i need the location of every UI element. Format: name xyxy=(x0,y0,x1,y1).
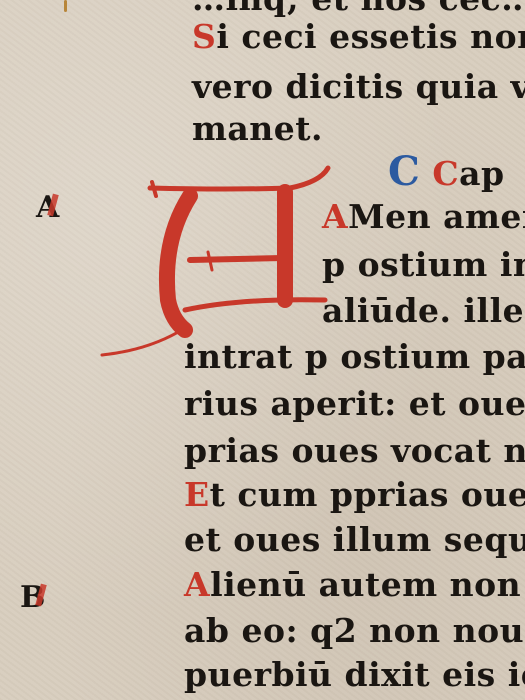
text-line-13: ab eo: q2 non nouer xyxy=(184,614,525,647)
binding-thread xyxy=(64,0,67,12)
rubricated-capital: E xyxy=(184,475,210,514)
text-line-12: Alienū autem non xyxy=(184,568,521,601)
rubricated-capital: S xyxy=(192,17,216,56)
text-line-8: rius aperit: et oues xyxy=(184,387,525,420)
text-line-11: et oues illum sequi xyxy=(184,523,525,556)
text-line-4-rest: Men amen xyxy=(348,197,525,236)
manuscript-page: …inq; et nos cec… Si ceci essetis non ve… xyxy=(0,0,525,700)
text-line-10: Et cum pprias oues xyxy=(184,478,525,511)
rubricated-capital: A xyxy=(184,565,210,604)
text-line-9: prias oues vocat n xyxy=(184,434,525,467)
text-line-1: Si ceci essetis non xyxy=(192,20,525,53)
illuminated-initial-a-icon xyxy=(90,160,340,360)
text-line-6: aliūde. ille xyxy=(322,294,524,327)
text-line-14: puerbiū dixit eis ies xyxy=(184,658,525,691)
margin-letter-a: A xyxy=(36,190,59,225)
rubricated-capital: C xyxy=(432,154,459,193)
text-line-2: vero dicitis quia v xyxy=(192,70,525,103)
text-line-1-rest: i ceci essetis non xyxy=(216,17,525,56)
chapter-heading-text: ap xyxy=(459,154,504,193)
paragraph-mark-icon: C xyxy=(388,148,420,195)
text-line-5: p ostium in xyxy=(322,248,525,281)
text-line-3: manet. xyxy=(192,112,323,145)
text-line-10-rest: t cum pprias oues xyxy=(210,475,525,514)
margin-letter-b: B xyxy=(20,580,45,615)
text-line-4: AMen amen xyxy=(322,200,525,233)
text-line-0: …inq; et nos cec… xyxy=(192,0,525,15)
text-line-12-rest: lienū autem non xyxy=(210,565,521,604)
chapter-heading: C Cap xyxy=(388,152,505,192)
